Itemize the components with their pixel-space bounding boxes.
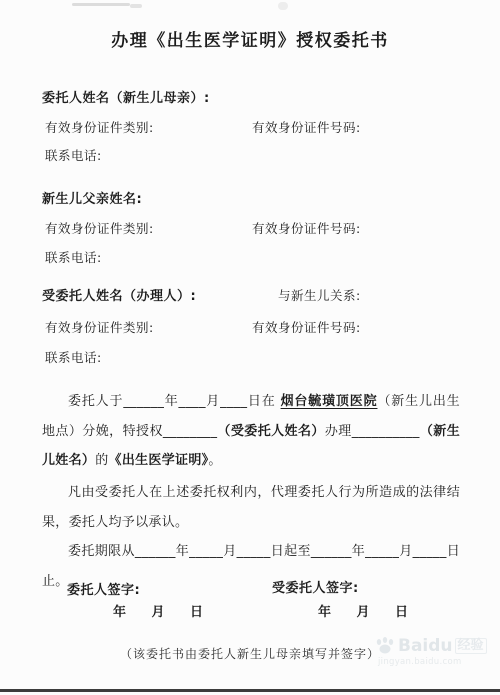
father-name-heading: 新生儿父亲姓名: bbox=[42, 188, 142, 207]
baidu-jingyan-watermark: Baidu 经验 jingyan.baidu.com bbox=[374, 636, 496, 667]
p1-lead: 委托人于______年____月____日在 bbox=[68, 394, 281, 409]
agent-id-type-label: 有效身份证件类别: bbox=[45, 318, 154, 336]
scan-smudge bbox=[130, 4, 142, 8]
authorization-paragraph: 委托人于______年____月____日在 烟台毓璜顶医院（新生儿出生地点）分… bbox=[42, 387, 460, 476]
scanned-authorization-form: 办理《出生医学证明》授权委托书 委托人姓名（新生儿母亲）: 有效身份证件类别: … bbox=[0, 0, 500, 695]
baidu-paw-icon bbox=[374, 636, 396, 656]
p1-mid1: 分娩，特授权________ bbox=[82, 424, 217, 439]
agent-phone-label: 联系电话: bbox=[45, 348, 102, 366]
p1-mid3: 的 bbox=[95, 453, 108, 468]
scan-bottom-edge bbox=[0, 689, 500, 692]
principal-name-heading: 委托人姓名（新生儿母亲）: bbox=[42, 87, 210, 106]
principal-id-type-label: 有效身份证件类别: bbox=[45, 118, 154, 136]
liability-paragraph: 凡由受委托人在上述委托权利内，代理委托人行为所造成的法律结果，委托人均予以承认。 bbox=[42, 478, 460, 537]
agent-relation-label: 与新生儿关系: bbox=[278, 286, 361, 304]
watermark-url-text: jingyan.baidu.com bbox=[378, 658, 496, 667]
page-title: 办理《出生医学证明》授权委托书 bbox=[0, 26, 500, 51]
principal-phone-label: 联系电话: bbox=[45, 146, 102, 164]
father-phone-label: 联系电话: bbox=[45, 248, 102, 266]
father-id-type-label: 有效身份证件类别: bbox=[45, 219, 154, 237]
scan-smudge bbox=[278, 2, 288, 10]
principal-date-line: 年 月 日 bbox=[113, 601, 204, 620]
agent-id-number-label: 有效身份证件号码: bbox=[252, 318, 361, 336]
p1-certificate-title: 《出生医学证明》 bbox=[109, 453, 209, 468]
hospital-name: 烟台毓璜顶医院 bbox=[281, 394, 378, 409]
father-id-number-label: 有效身份证件号码: bbox=[252, 219, 361, 237]
p1-end: 。 bbox=[208, 453, 221, 468]
agent-name-heading: 受委托人姓名（办理人）: bbox=[42, 285, 196, 304]
p1-mid2: 办理__________ bbox=[325, 424, 420, 439]
agent-date-line: 年 月 日 bbox=[318, 601, 409, 620]
principal-signature-label: 委托人签字: bbox=[67, 579, 140, 598]
agent-signature-label: 受委托人签字: bbox=[272, 577, 359, 596]
principal-id-number-label: 有效身份证件号码: bbox=[252, 118, 361, 136]
watermark-brand-text: Baidu bbox=[398, 637, 453, 656]
scan-smudge bbox=[72, 3, 130, 6]
watermark-suffix-text: 经验 bbox=[455, 638, 487, 654]
p1-agent-name-note: （受委托人姓名） bbox=[217, 424, 325, 439]
